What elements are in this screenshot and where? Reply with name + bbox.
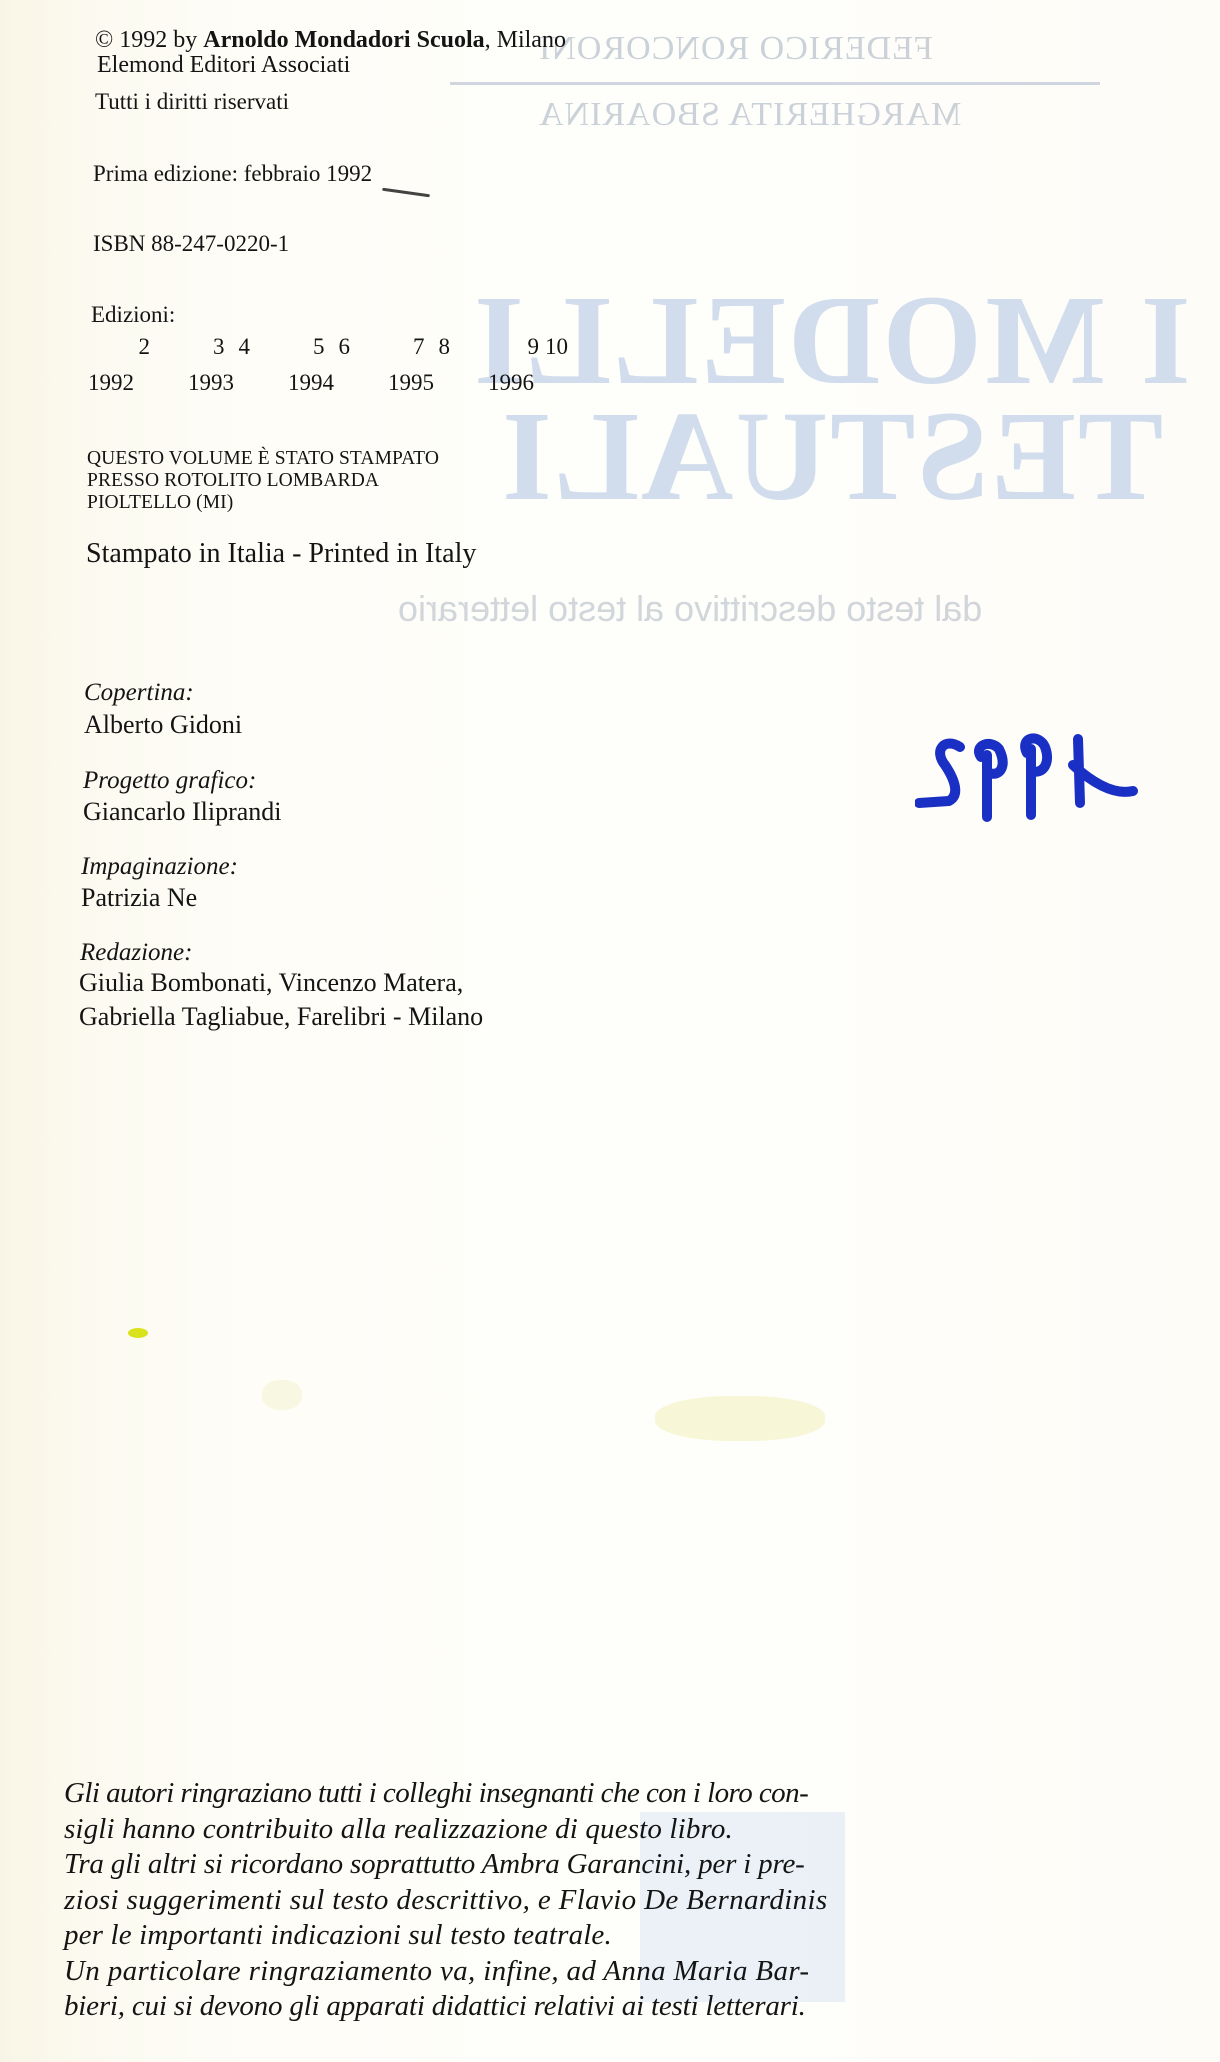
copyright-prefix: © 1992 by xyxy=(95,27,203,53)
edition-number: 2 xyxy=(139,334,151,359)
edition-year: 1992 xyxy=(88,370,188,396)
bleed-through-subtitle: dal testo descrittivo al testo letterari… xyxy=(398,588,982,630)
publisher-name: Arnoldo Mondadori Scuola xyxy=(203,27,484,53)
ack-line: sigli hanno contribuito alla realizzazio… xyxy=(64,1812,1064,1848)
edition-numbers: 2 xyxy=(88,334,188,360)
bleed-through-title-2: TESTUALI xyxy=(500,392,1163,520)
credit-value-editorial-2: Gabriella Tagliabue, Farelibri - Milano xyxy=(79,1002,483,1032)
credit-label-cover: Copertina: xyxy=(84,679,194,707)
yellow-stain-faint xyxy=(655,1396,825,1441)
credit-value-cover: Alberto Gidoni xyxy=(84,710,242,740)
credit-label-editorial: Redazione: xyxy=(80,939,192,967)
edition-numbers: 910 xyxy=(488,334,588,360)
yellow-stain-faint xyxy=(262,1380,302,1410)
ack-line: ziosi suggerimenti sul testo descrittivo… xyxy=(64,1883,1064,1919)
edition-number: 9 xyxy=(528,334,540,359)
edition-number: 8 xyxy=(439,334,451,359)
credit-label-graphic-design: Progetto grafico: xyxy=(83,767,256,795)
ack-line: Tra gli altri si ricordano soprattutto A… xyxy=(64,1847,1064,1883)
yellow-stain xyxy=(128,1328,148,1338)
editions-label: Edizioni: xyxy=(91,302,175,328)
editions-table: 2 34 56 78 910 1992 1993 1994 1995 1996 xyxy=(88,334,588,396)
edition-numbers: 56 xyxy=(288,334,388,360)
edition-number: 4 xyxy=(239,334,251,359)
rights-reserved: Tutti i diritti riservati xyxy=(95,89,289,115)
credit-value-editorial: Giulia Bombonati, Vincenzo Matera, xyxy=(79,968,463,998)
ack-line: per le importanti indicazioni sul testo … xyxy=(64,1918,1064,1954)
edition-year: 1996 xyxy=(488,370,588,396)
edition-numbers: 78 xyxy=(388,334,488,360)
edition-years-row: 1992 1993 1994 1995 1996 xyxy=(88,370,588,396)
edition-year: 1993 xyxy=(188,370,288,396)
ack-line: Gli autori ringraziano tutti i colleghi … xyxy=(64,1776,1064,1812)
printer-line-2: PRESSO ROTOLITO LOMBARDA xyxy=(87,470,379,492)
edition-number: 6 xyxy=(339,334,351,359)
edition-number: 5 xyxy=(313,334,325,359)
pen-underline-mark xyxy=(382,188,430,198)
bleed-through-rule xyxy=(450,82,1100,85)
edition-numbers: 34 xyxy=(188,334,288,360)
edition-year: 1994 xyxy=(288,370,388,396)
bleed-through-author-1: FEDERICO RONCORONI xyxy=(538,30,933,68)
edition-year: 1995 xyxy=(388,370,488,396)
printer-line-3: PIOLTELLO (MI) xyxy=(87,492,233,514)
edition-number: 3 xyxy=(213,334,225,359)
credit-value-layout: Patrizia Ne xyxy=(81,883,197,913)
handwritten-year-note xyxy=(915,725,1150,825)
bleed-through-author-2: MARGHERITA SBOARINA xyxy=(538,96,961,134)
ack-line: Un particolare ringraziamento va, infine… xyxy=(64,1954,1064,1990)
isbn: ISBN 88-247-0220-1 xyxy=(93,231,289,257)
copyright-suffix: , Milano xyxy=(485,27,566,53)
acknowledgements-paragraph: Gli autori ringraziano tutti i colleghi … xyxy=(64,1776,1064,2025)
first-edition: Prima edizione: febbraio 1992 xyxy=(93,161,372,187)
edition-number: 10 xyxy=(545,334,568,359)
publisher-group: Elemond Editori Associati xyxy=(97,52,350,79)
credit-value-graphic-design: Giancarlo Iliprandi xyxy=(83,797,282,827)
printed-in-italy: Stampato in Italia - Printed in Italy xyxy=(86,538,476,570)
ack-line: bieri, cui si devono gli apparati didatt… xyxy=(64,1989,1064,2025)
edition-number: 7 xyxy=(413,334,425,359)
edition-numbers-row: 2 34 56 78 910 xyxy=(88,334,588,360)
printer-line-1: QUESTO VOLUME È STATO STAMPATO xyxy=(87,448,439,470)
credit-label-layout: Impaginazione: xyxy=(81,853,238,881)
copyright-line: © 1992 by Arnoldo Mondadori Scuola, Mila… xyxy=(95,27,566,54)
